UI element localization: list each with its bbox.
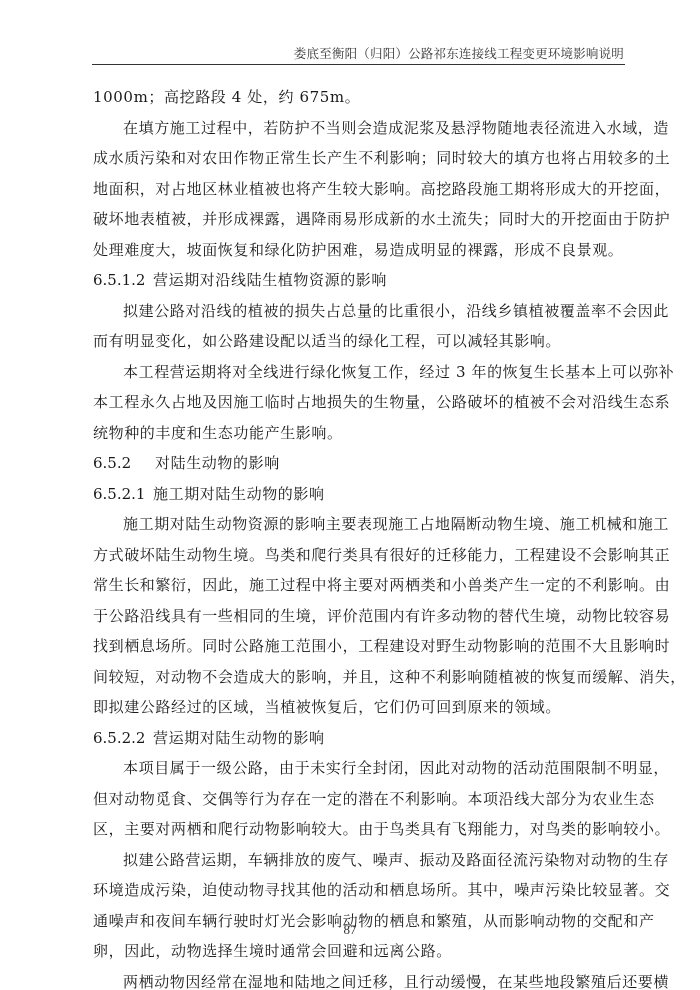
header-divider bbox=[92, 64, 625, 65]
document-title: 娄底至衡阳（归阳）公路祁东连接线工程变更环境影响说明 bbox=[294, 44, 624, 62]
paragraph-line: 常生长和繁衍，因此，施工过程中将主要对两栖类和小兽类产生一定的不利影响。由 bbox=[93, 570, 626, 601]
paragraph-line: 施工期对陆生动物资源的影响主要表现施工占地隔断动物生境、施工机械和施工 bbox=[93, 509, 626, 540]
paragraph-line: 两栖动物因经常在湿地和陆地之间迁移，且行动缓慢，在某些地段繁殖后还要横 bbox=[93, 967, 626, 990]
paragraph-line: 找到栖息场所。同时公路施工范围小，工程建设对野生动物影响的范围不大且影响时 bbox=[93, 631, 626, 662]
paragraph-line: 环境造成污染，迫使动物寻找其他的活动和栖息场所。其中，噪声污染比较显著。交 bbox=[93, 875, 626, 906]
paragraph-line: 拟建公路营运期，车辆排放的废气、噪声、振动及路面径流污染物对动物的生存 bbox=[93, 845, 626, 876]
section-title: 施工期对陆生动物的影响 bbox=[153, 485, 325, 503]
paragraph-line: 区，主要对两栖和爬行动物影响较大。由于鸟类具有飞翔能力，对鸟类的影响较小。 bbox=[93, 814, 626, 845]
paragraph-line: 本工程永久占地及因施工临时占地损失的生物量，公路破坏的植被不会对沿线生态系 bbox=[93, 387, 626, 418]
section-title: 对陆生动物的影响 bbox=[155, 454, 280, 472]
section-number: 6.5.2.1 bbox=[93, 479, 153, 510]
paragraph-line: 地面积，对占地区林业植被也将产生较大影响。高挖路段施工期将形成大的开挖面， bbox=[93, 174, 626, 205]
section-heading: 6.5.2.1施工期对陆生动物的影响 bbox=[93, 479, 626, 510]
paragraph-line: 方式破坏陆生动物生境。鸟类和爬行类具有很好的迁移能力，工程建设不会影响其正 bbox=[93, 540, 626, 571]
paragraph-line: 卵，因此，动物选择生境时通常会回避和远离公路。 bbox=[93, 936, 626, 967]
section-heading: 6.5.2对陆生动物的影响 bbox=[93, 448, 626, 479]
paragraph-line: 即拟建公路经过的区域，当植被恢复后，它们仍可回到原来的领域。 bbox=[93, 692, 626, 723]
paragraph-line: 拟建公路对沿线的植被的损失占总量的比重很小，沿线乡镇植被覆盖率不会因此 bbox=[93, 296, 626, 327]
page-number: 87 bbox=[0, 922, 700, 938]
paragraph-line: 但对动物觅食、交偶等行为存在一定的潜在不利影响。本项沿线大部分为农业生态 bbox=[93, 784, 626, 815]
paragraph-line: 成水质污染和对农田作物正常生长产生不利影响；同时较大的填方也将占用较多的土 bbox=[93, 143, 626, 174]
paragraph-line: 1000m；高挖路段 4 处，约 675m。 bbox=[93, 82, 626, 113]
section-title: 营运期对陆生动物的影响 bbox=[153, 729, 325, 747]
paragraph-line: 处理难度大，坡面恢复和绿化防护困难，易造成明显的裸露，形成不良景观。 bbox=[93, 235, 626, 266]
paragraph-line: 而有明显变化，如公路建设配以适当的绿化工程，可以减轻其影响。 bbox=[93, 326, 626, 357]
section-number: 6.5.2 bbox=[93, 448, 155, 479]
paragraph-line: 本工程营运期将对全线进行绿化恢复工作，经过 3 年的恢复生长基本上可以弥补 bbox=[93, 357, 626, 388]
paragraph-line: 本项目属于一级公路，由于未实行全封闭，因此对动物的活动范围限制不明显， bbox=[93, 753, 626, 784]
paragraph-line: 间较短，对动物不会造成大的影响，并且，这种不利影响随植被的恢复而缓解、消失， bbox=[93, 662, 626, 693]
paragraph-line: 在填方施工过程中，若防护不当则会造成泥浆及悬浮物随地表径流进入水域，造 bbox=[93, 113, 626, 144]
section-heading: 6.5.2.2营运期对陆生动物的影响 bbox=[93, 723, 626, 754]
document-body: 1000m；高挖路段 4 处，约 675m。在填方施工过程中，若防护不当则会造成… bbox=[93, 82, 626, 990]
paragraph-line: 破坏地表植被，并形成裸露，遇降雨易形成新的水土流失；同时大的开挖面由于防护 bbox=[93, 204, 626, 235]
section-number: 6.5.1.2 bbox=[93, 265, 153, 296]
paragraph-line: 统物种的丰度和生态功能产生影响。 bbox=[93, 418, 626, 449]
section-heading: 6.5.1.2营运期对沿线陆生植物资源的影响 bbox=[93, 265, 626, 296]
section-number: 6.5.2.2 bbox=[93, 723, 153, 754]
paragraph-line: 于公路沿线具有一些相同的生境，评价范围内有许多动物的替代生境，动物比较容易 bbox=[93, 601, 626, 632]
section-title: 营运期对沿线陆生植物资源的影响 bbox=[153, 271, 387, 289]
